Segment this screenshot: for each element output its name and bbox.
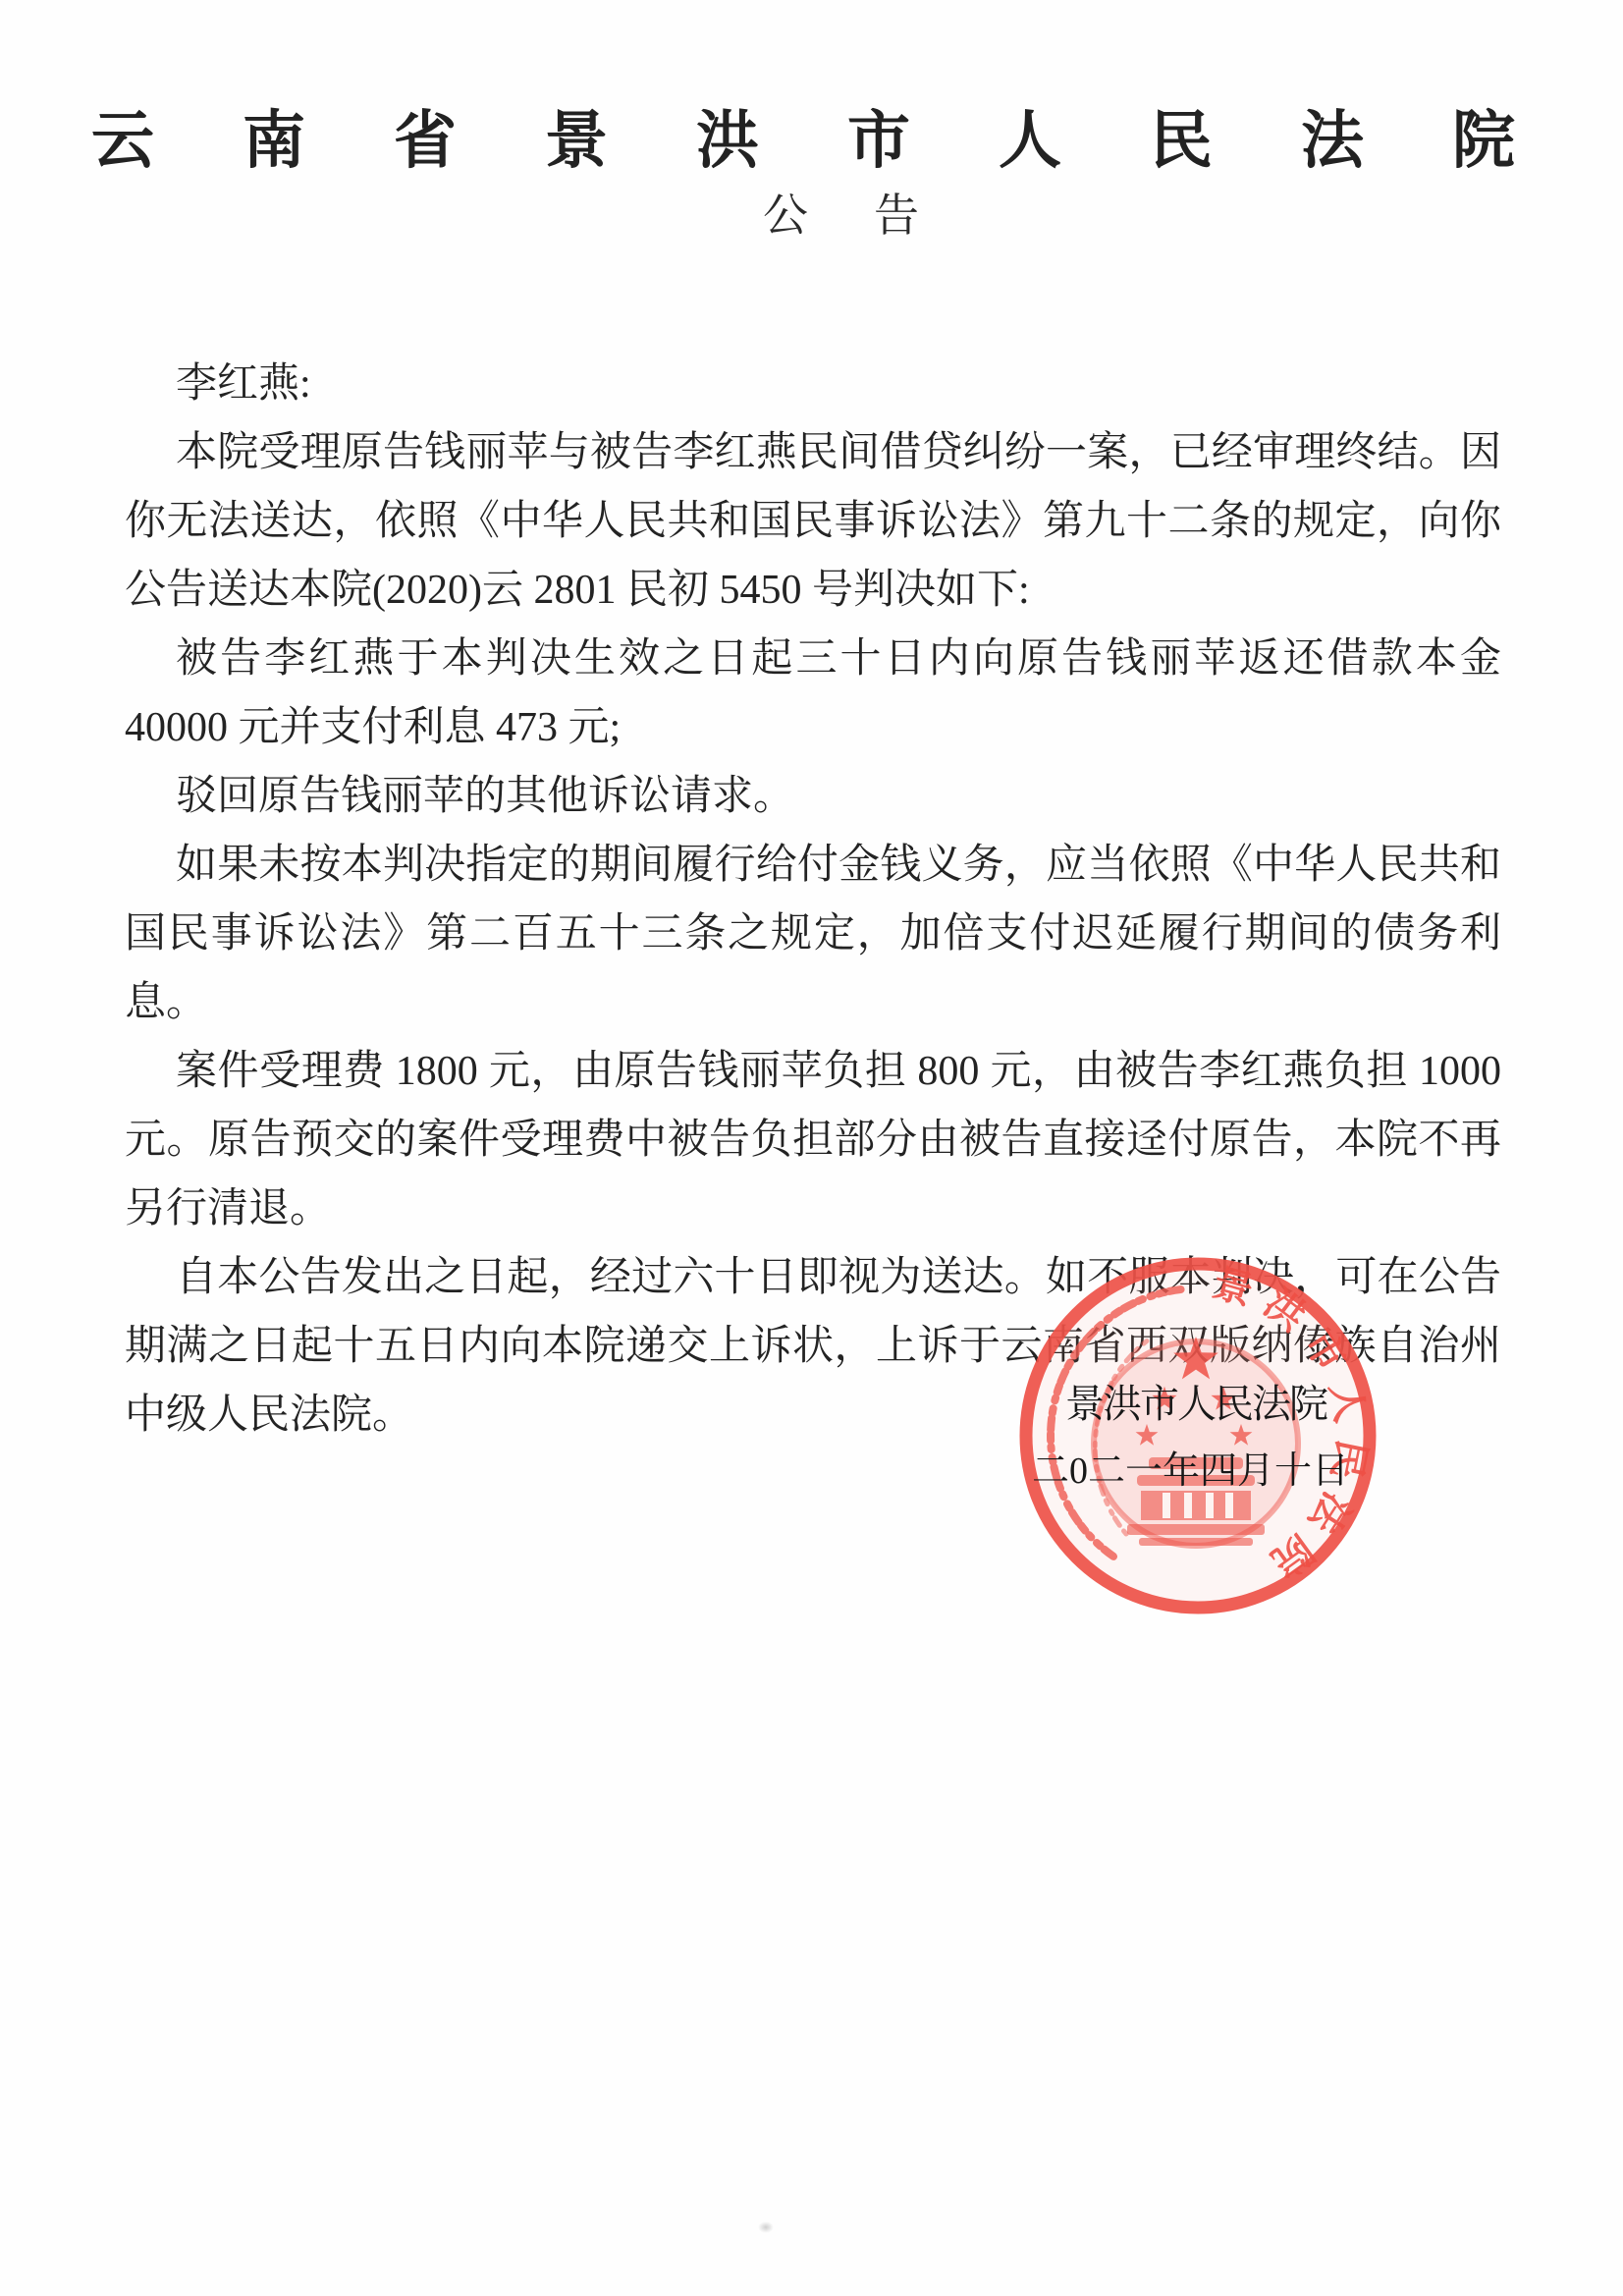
body-paragraph: 如果未按本判决指定的期间履行给付金钱义务，应当依照《中华人民共和国民事诉讼法》第…: [125, 831, 1501, 1037]
signature-date: 二0二一年四月十日: [1032, 1440, 1349, 1494]
body-paragraph: 本院受理原告钱丽苹与被告李红燕民间借贷纠纷一案，已经审理终结。因你无法送达，依照…: [125, 418, 1501, 625]
addressee-line: 李红燕:: [125, 350, 1501, 418]
body-paragraph: 驳回原告钱丽苹的其他诉讼请求。: [125, 762, 1501, 831]
body-paragraph: 被告李红燕于本判决生效之日起三十日内向原告钱丽苹返还借款本金 40000 元并支…: [125, 625, 1501, 762]
body-paragraph: 案件受理费 1800 元，由原告钱丽苹负担 800 元，由被告李红燕负担 100…: [125, 1037, 1501, 1243]
court-title-heading: 云南省景洪市人民法院: [91, 104, 1603, 179]
announcement-page: 云南省景洪市人民法院 公告 李红燕: 本院受理原告钱丽苹与被告李红燕民间借贷纠纷…: [0, 0, 1623, 2296]
signature-court-name: 景洪市人民法院: [1065, 1373, 1326, 1429]
doc-type-heading: 公告: [763, 189, 985, 244]
scan-artifact: [758, 2221, 774, 2233]
court-seal-stamp: 景洪市人民法院: [1011, 1249, 1384, 1622]
